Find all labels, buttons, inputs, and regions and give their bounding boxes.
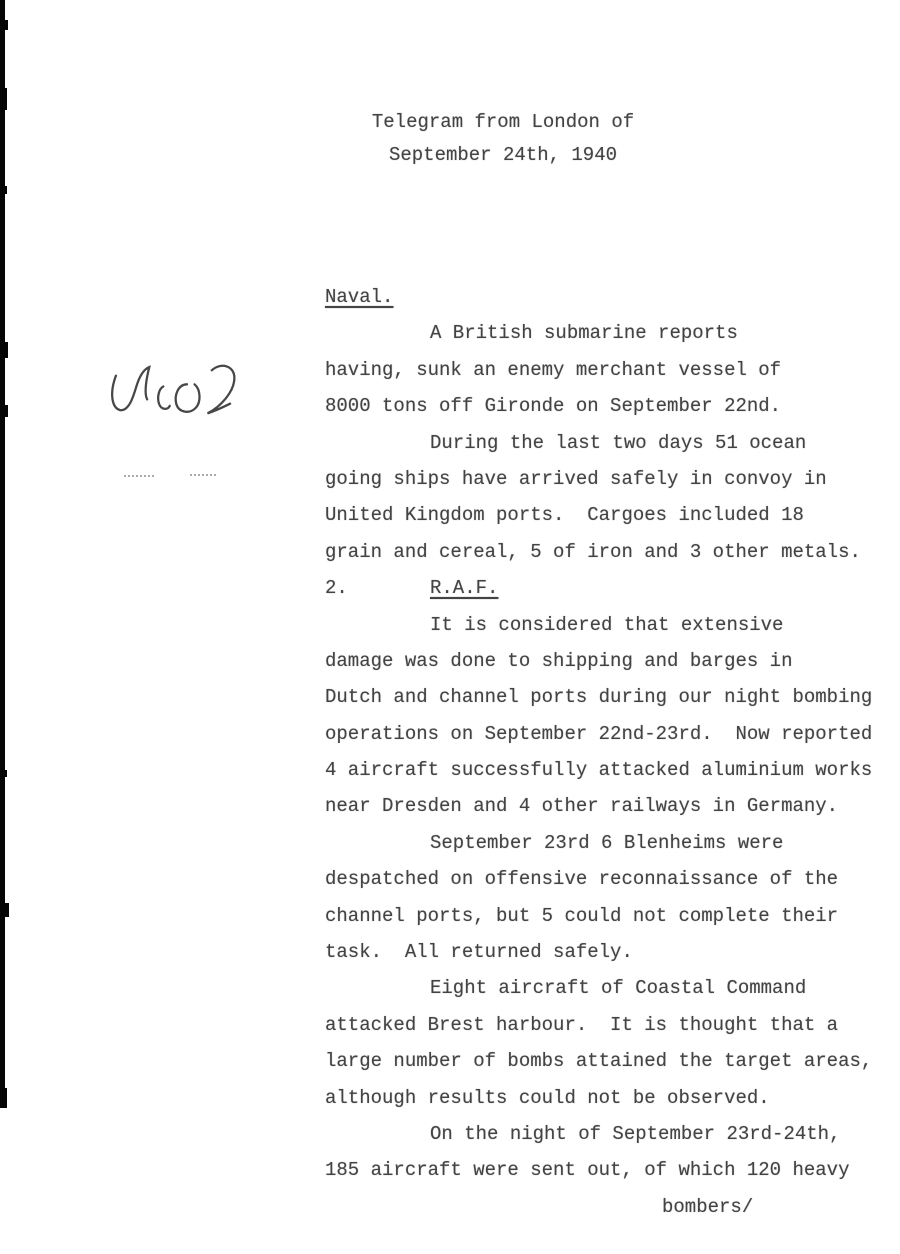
section-number: 2. — [325, 570, 430, 606]
text-line: September 23rd 6 Blenheims were — [325, 825, 885, 861]
text-line: although results could not be observed. — [325, 1080, 885, 1116]
section-heading-naval: Naval. — [325, 279, 885, 315]
text-line: 4 aircraft successfully attacked alumini… — [325, 752, 885, 788]
catchword: bombers/ — [325, 1189, 885, 1225]
scan-edge-artifact — [0, 88, 7, 110]
title-line-1: Telegram from London of — [353, 106, 653, 139]
text-line: Eight aircraft of Coastal Command — [325, 970, 885, 1006]
text-line: Dutch and channel ports during our night… — [325, 679, 885, 715]
text-line: despatched on offensive reconnaissance o… — [325, 861, 885, 897]
scan-edge-artifact — [0, 1088, 7, 1108]
section-heading-raf: 2.R.A.F. — [325, 570, 885, 606]
text-line: grain and cereal, 5 of iron and 3 other … — [325, 534, 885, 570]
text-line: task. All returned safely. — [325, 934, 885, 970]
scan-edge-artifact — [0, 0, 5, 1108]
text-line: attacked Brest harbour. It is thought th… — [325, 1007, 885, 1043]
title-line-2: September 24th, 1940 — [353, 139, 653, 172]
scan-edge-artifact — [0, 770, 7, 777]
text-line: It is considered that extensive — [325, 607, 885, 643]
text-line: near Dresden and 4 other railways in Ger… — [325, 788, 885, 824]
text-line: United Kingdom ports. Cargoes included 1… — [325, 497, 885, 533]
faint-dotted-rule — [190, 474, 216, 476]
text-line: having, sunk an enemy merchant vessel of — [325, 352, 885, 388]
text-line: 185 aircraft were sent out, of which 120… — [325, 1152, 885, 1188]
handwritten-initials-mark — [103, 356, 243, 432]
scan-edge-artifact — [0, 20, 8, 30]
text-line: A British submarine reports — [325, 315, 885, 351]
text-line: going ships have arrived safely in convo… — [325, 461, 885, 497]
text-line: channel ports, but 5 could not complete … — [325, 898, 885, 934]
document-body: Naval. A British submarine reports havin… — [325, 279, 885, 1225]
scan-edge-artifact — [0, 903, 9, 917]
text-line: operations on September 22nd-23rd. Now r… — [325, 716, 885, 752]
text-line: 8000 tons off Gironde on September 22nd. — [325, 388, 885, 424]
text-line: On the night of September 23rd-24th, — [325, 1116, 885, 1152]
text-line: damage was done to shipping and barges i… — [325, 643, 885, 679]
document-title: Telegram from London of September 24th, … — [353, 106, 653, 172]
faint-dotted-rule — [124, 475, 154, 477]
text-line: During the last two days 51 ocean — [325, 425, 885, 461]
text-line: large number of bombs attained the targe… — [325, 1043, 885, 1079]
scan-edge-artifact — [0, 186, 7, 194]
scan-edge-artifact — [0, 405, 8, 417]
scan-edge-artifact — [0, 342, 8, 358]
scanned-document-page: Telegram from London of September 24th, … — [0, 0, 900, 1254]
